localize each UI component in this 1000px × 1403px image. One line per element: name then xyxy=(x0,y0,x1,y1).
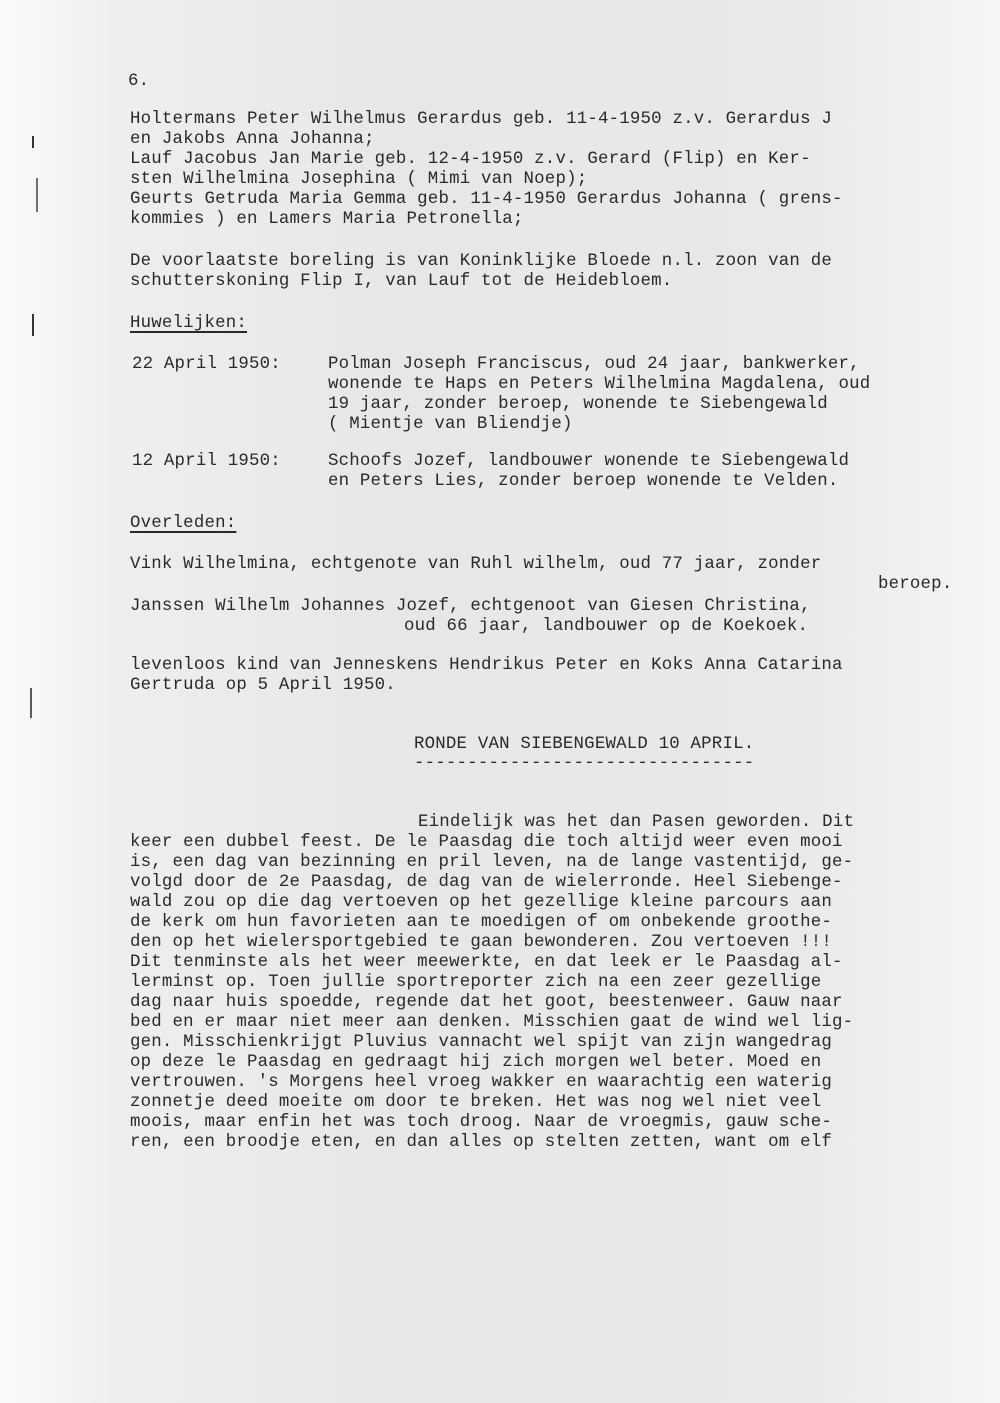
marriage-date: 12 April 1950: xyxy=(132,452,281,472)
article-line: dag naar huis spoedde, regende dat het g… xyxy=(130,993,843,1013)
birth-line: Lauf Jacobus Jan Marie geb. 12-4-1950 z.… xyxy=(130,150,811,170)
article-line: op deze le Paasdag en gedraagt hij zich … xyxy=(130,1053,821,1073)
marriage-line: Polman Joseph Franciscus, oud 24 jaar, b… xyxy=(328,355,860,375)
birth-line: Holtermans Peter Wilhelmus Gerardus geb.… xyxy=(130,110,832,130)
article-line: keer een dubbel feest. De le Paasdag die… xyxy=(130,833,843,853)
marriage-line: Schoofs Jozef, landbouwer wonende te Sie… xyxy=(328,452,849,472)
note-line: De voorlaatste boreling is van Koninklij… xyxy=(130,252,832,272)
article-line: is, een dag van bezinning en pril leven,… xyxy=(130,853,853,873)
article-line: volgd door de 2e Paasdag, de dag van de … xyxy=(130,873,843,893)
death-line: Janssen Wilhelm Johannes Jozef, echtgeno… xyxy=(130,597,811,617)
death-line: oud 66 jaar, landbouwer op de Koekoek. xyxy=(404,617,808,637)
article-line: ren, een broodje eten, en dan alles op s… xyxy=(130,1133,832,1153)
birth-line: kommies ) en Lamers Maria Petronella; xyxy=(130,210,524,230)
death-line: Gertruda op 5 April 1950. xyxy=(130,676,396,696)
note-line: schutterskoning Flip I, van Lauf tot de … xyxy=(130,272,672,292)
marriage-date: 22 April 1950: xyxy=(132,355,281,375)
article-line: zonnetje deed moeite om door te breken. … xyxy=(130,1093,821,1113)
margin-mark xyxy=(36,178,38,212)
margin-mark xyxy=(32,314,34,336)
article-line: wald zou op die dag vertoeven op het gez… xyxy=(130,893,832,913)
marriages-heading: Huwelijken: xyxy=(130,314,247,334)
marriage-line: ( Mientje van Bliendje) xyxy=(328,415,573,435)
article-line: gen. Misschienkrijgt Pluvius vannacht we… xyxy=(130,1033,832,1053)
birth-line: sten Wilhelmina Josephina ( Mimi van Noe… xyxy=(130,170,587,190)
birth-line: Geurts Getruda Maria Gemma geb. 11-4-195… xyxy=(130,190,843,210)
article-line: de kerk om hun favorieten aan te moedige… xyxy=(130,913,832,933)
article-line: Dit tenminste als het weer meewerkte, en… xyxy=(130,953,843,973)
marriage-line: 19 jaar, zonder beroep, wonende te Siebe… xyxy=(328,395,828,415)
article-line: den op het wielersportgebied te gaan bew… xyxy=(130,933,832,953)
birth-line: en Jakobs Anna Johanna; xyxy=(130,130,375,150)
death-line: beroep. xyxy=(878,575,952,595)
death-line: levenloos kind van Jenneskens Hendrikus … xyxy=(130,656,843,676)
scanned-typewritten-page: 6. Holtermans Peter Wilhelmus Gerardus g… xyxy=(0,0,1000,1403)
article-title: RONDE VAN SIEBENGEWALD 10 APRIL. xyxy=(414,735,754,755)
article-line: bed en er maar niet meer aan denken. Mis… xyxy=(130,1013,853,1033)
marriage-line: en Peters Lies, zonder beroep wonende te… xyxy=(328,472,839,492)
death-line: Vink Wilhelmina, echtgenote van Ruhl wil… xyxy=(130,555,821,575)
article-line: Eindelijk was het dan Pasen geworden. Di… xyxy=(418,813,854,833)
article-title-rule: -------------------------------- xyxy=(414,754,754,774)
margin-mark xyxy=(32,136,34,148)
page-number: 6. xyxy=(128,72,149,92)
deaths-heading: Overleden: xyxy=(130,514,236,534)
article-line: vertrouwen. 's Morgens heel vroeg wakker… xyxy=(130,1073,832,1093)
article-line: moois, maar enfin het was toch droog. Na… xyxy=(130,1113,832,1133)
marriage-line: wonende te Haps en Peters Wilhelmina Mag… xyxy=(328,375,870,395)
margin-mark xyxy=(30,688,32,718)
article-line: lerminst op. Toen jullie sportreporter z… xyxy=(130,973,821,993)
